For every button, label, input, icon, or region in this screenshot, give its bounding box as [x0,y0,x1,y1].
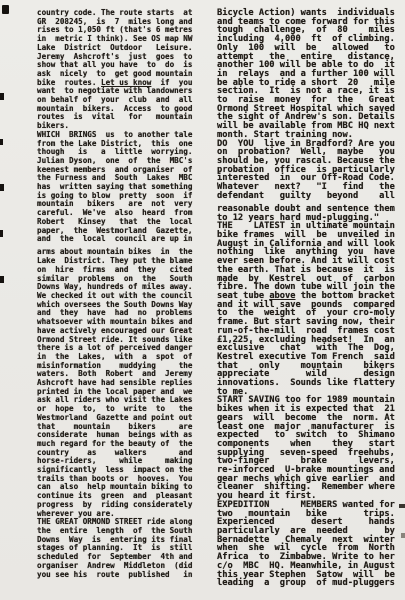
text-line: and the local council are up in [37,235,195,244]
scanned-page: country code. The route starts atGR 2082… [0,0,405,600]
scan-artifact [2,5,9,14]
text-line: defendant guilty beyond all [217,192,399,201]
scan-artifact [0,93,4,100]
text-line: you see his route published in [37,571,195,580]
scan-artifact [0,139,3,145]
scan-artifact [0,276,4,283]
text-column-left: country code. The route starts atGR 2082… [37,9,195,579]
text-column-right: Bicycle Action) wants individualsand tea… [217,9,399,588]
scan-artifact [0,184,4,191]
underlined-phrase: Let us know [101,78,151,87]
text-line: leading a group of mud-pluggers [217,579,399,588]
scan-artifact [399,504,405,508]
scan-artifact [0,230,3,237]
scan-artifact [401,533,405,538]
